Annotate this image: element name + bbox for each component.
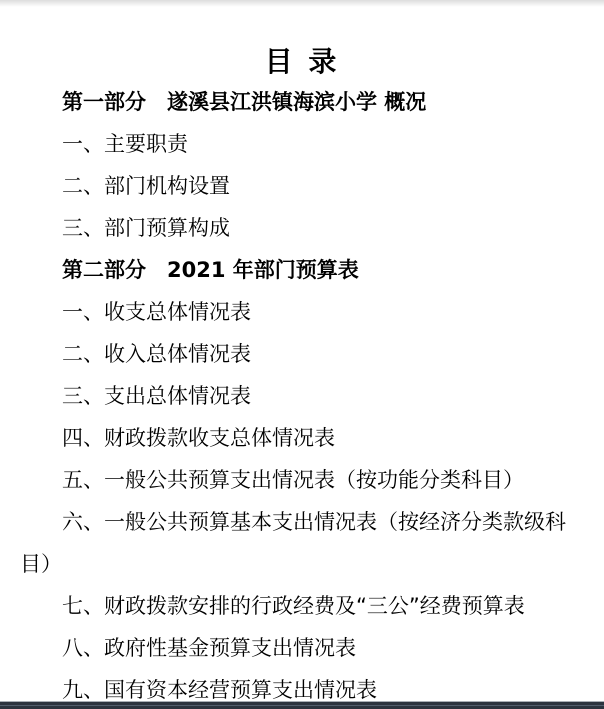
toc-item: 七、财政拨款安排的行政经费及“三公”经费预算表 <box>20 585 584 627</box>
document-page: 目 录 第一部分 遂溪县江洪镇海滨小学 概况 一、主要职责 二、部门机构设置 三… <box>0 0 604 709</box>
toc-item: 五、一般公共预算支出情况表（按功能分类科目） <box>20 459 584 501</box>
toc-item: 三、部门预算构成 <box>20 207 584 249</box>
toc-content: 目 录 第一部分 遂溪县江洪镇海滨小学 概况 一、主要职责 二、部门机构设置 三… <box>0 0 604 709</box>
window-bottom-edge-bar <box>0 701 604 709</box>
toc-item: 一、收支总体情况表 <box>20 291 584 333</box>
toc-item: 二、收入总体情况表 <box>20 333 584 375</box>
window-bottom-edge-stripe <box>0 705 604 706</box>
toc-item: 二、部门机构设置 <box>20 165 584 207</box>
toc-item: 六、一般公共预算基本支出情况表（按经济分类款级科目） <box>20 501 584 585</box>
part-1-heading: 第一部分 遂溪县江洪镇海滨小学 概况 <box>20 81 584 123</box>
toc-title: 目 录 <box>20 42 584 81</box>
part-2-heading: 第二部分 2021 年部门预算表 <box>20 249 584 291</box>
toc-item: 一、主要职责 <box>20 123 584 165</box>
toc-item: 四、财政拨款收支总体情况表 <box>20 417 584 459</box>
toc-item: 三、支出总体情况表 <box>20 375 584 417</box>
page-top-edge-shadow <box>0 0 604 7</box>
toc-item: 八、政府性基金预算支出情况表 <box>20 627 584 669</box>
